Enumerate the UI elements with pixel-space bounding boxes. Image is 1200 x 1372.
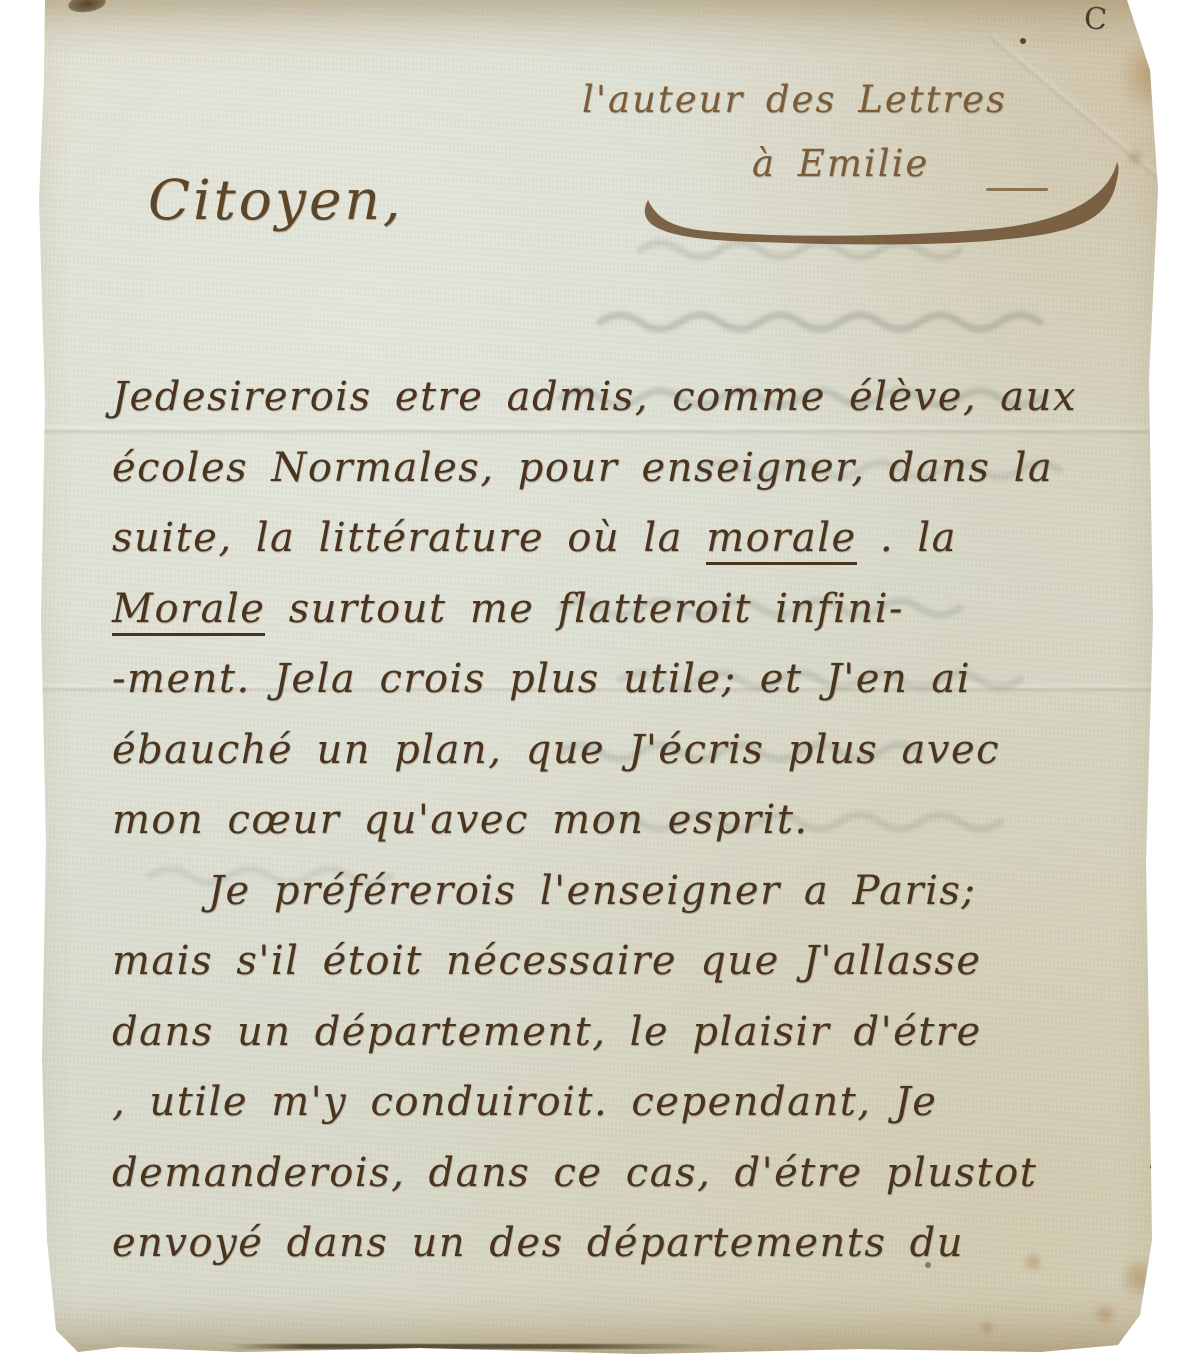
header-flourish (618, 150, 1138, 260)
header-rule (986, 188, 1048, 191)
manuscript-line: écoles Normales, pour enseigner, dans la (112, 433, 1152, 504)
manuscript-line-segment: envoyé dans un des départements du (112, 1220, 964, 1266)
manuscript-lines: Jedesirerois etre admis, comme élève, au… (112, 362, 1152, 1279)
manuscript-line-segment: -ment. Jela crois plus utile; et J'en ai (112, 656, 971, 702)
manuscript-line: , utile m'y conduiroit. cependant, Je (112, 1067, 1152, 1138)
bottom-edge-shadow (230, 1344, 720, 1349)
ink-speck (925, 1262, 931, 1268)
foxing-spot (1092, 1302, 1118, 1326)
manuscript-line: -ment. Jela crois plus utile; et J'en ai (112, 644, 1152, 715)
manuscript-line: mon cœur qu'avec mon esprit. (112, 785, 1152, 856)
manuscript-line-segment: Morale (112, 586, 265, 636)
manuscript-line-segment: écoles Normales, pour enseigner, dans la (112, 445, 1053, 491)
manuscript-line-segment: , utile m'y conduiroit. cependant, Je (112, 1079, 937, 1125)
foxing-spot (1022, 1252, 1044, 1272)
foxing-spot (1118, 1258, 1162, 1298)
manuscript-line-segment: morale (706, 515, 856, 565)
manuscript-line-segment: Jedesirerois etre admis, comme élève, au… (112, 374, 1077, 420)
foxing-spot (978, 1320, 996, 1336)
header-line-1: l'auteur des Lettres (582, 78, 1007, 121)
manuscript-line: Jedesirerois etre admis, comme élève, au… (112, 362, 1152, 433)
manuscript-line-segment: mais s'il étoit nécessaire que J'allasse (112, 938, 982, 984)
manuscript-line-segment: demanderois, dans ce cas, d'étre plustot (112, 1150, 1037, 1196)
manuscript-line-segment: mon cœur qu'avec mon esprit. (112, 797, 809, 843)
header-line-2: à Emilie (752, 142, 929, 185)
manuscript-line-segment: . la (857, 515, 957, 561)
manuscript-line-segment: surtout me flatteroit infini- (265, 586, 903, 632)
manuscript-line: Morale surtout me flatteroit infini- (112, 574, 1152, 645)
corner-crease (989, 37, 1190, 206)
fold-crease (0, 430, 1200, 433)
ink-speck (1020, 38, 1026, 44)
manuscript-line-segment: Je préférerois l'enseigner a Paris; (208, 868, 976, 914)
manuscript-line: Je préférerois l'enseigner a Paris; (112, 856, 1152, 927)
corner-stain (1118, 36, 1190, 116)
corner-mark: C (1083, 1, 1108, 38)
manuscript-line: dans un département, le plaisir d'étre (112, 997, 1152, 1068)
ink-speck (1150, 1165, 1154, 1169)
fold-crease (0, 688, 1200, 691)
manuscript-line-segment: ébauché un plan, que J'écris plus avec (112, 727, 1000, 773)
manuscript-line: mais s'il étoit nécessaire que J'allasse (112, 926, 1152, 997)
ink-blot (67, 0, 107, 15)
manuscript-line: demanderois, dans ce cas, d'étre plustot (112, 1138, 1152, 1209)
manuscript-line-segment: dans un département, le plaisir d'étre (112, 1009, 982, 1055)
manuscript-line: suite, la littérature où la morale . la (112, 503, 1152, 574)
scan-background: { "page": { "corner_mark": "C", "header"… (0, 0, 1200, 1372)
manuscript-line: ébauché un plan, que J'écris plus avec (112, 715, 1152, 786)
salutation: Citoyen, (148, 168, 403, 232)
letter-page: C l'auteur des Lettres à Emilie Citoyen,… (0, 0, 1200, 1356)
foxing-spot (1125, 148, 1145, 166)
manuscript-line-segment: suite, la littérature où la (112, 515, 706, 561)
ink-bleedthrough (0, 0, 1200, 1372)
manuscript-line: envoyé dans un des départements du (112, 1208, 1152, 1279)
